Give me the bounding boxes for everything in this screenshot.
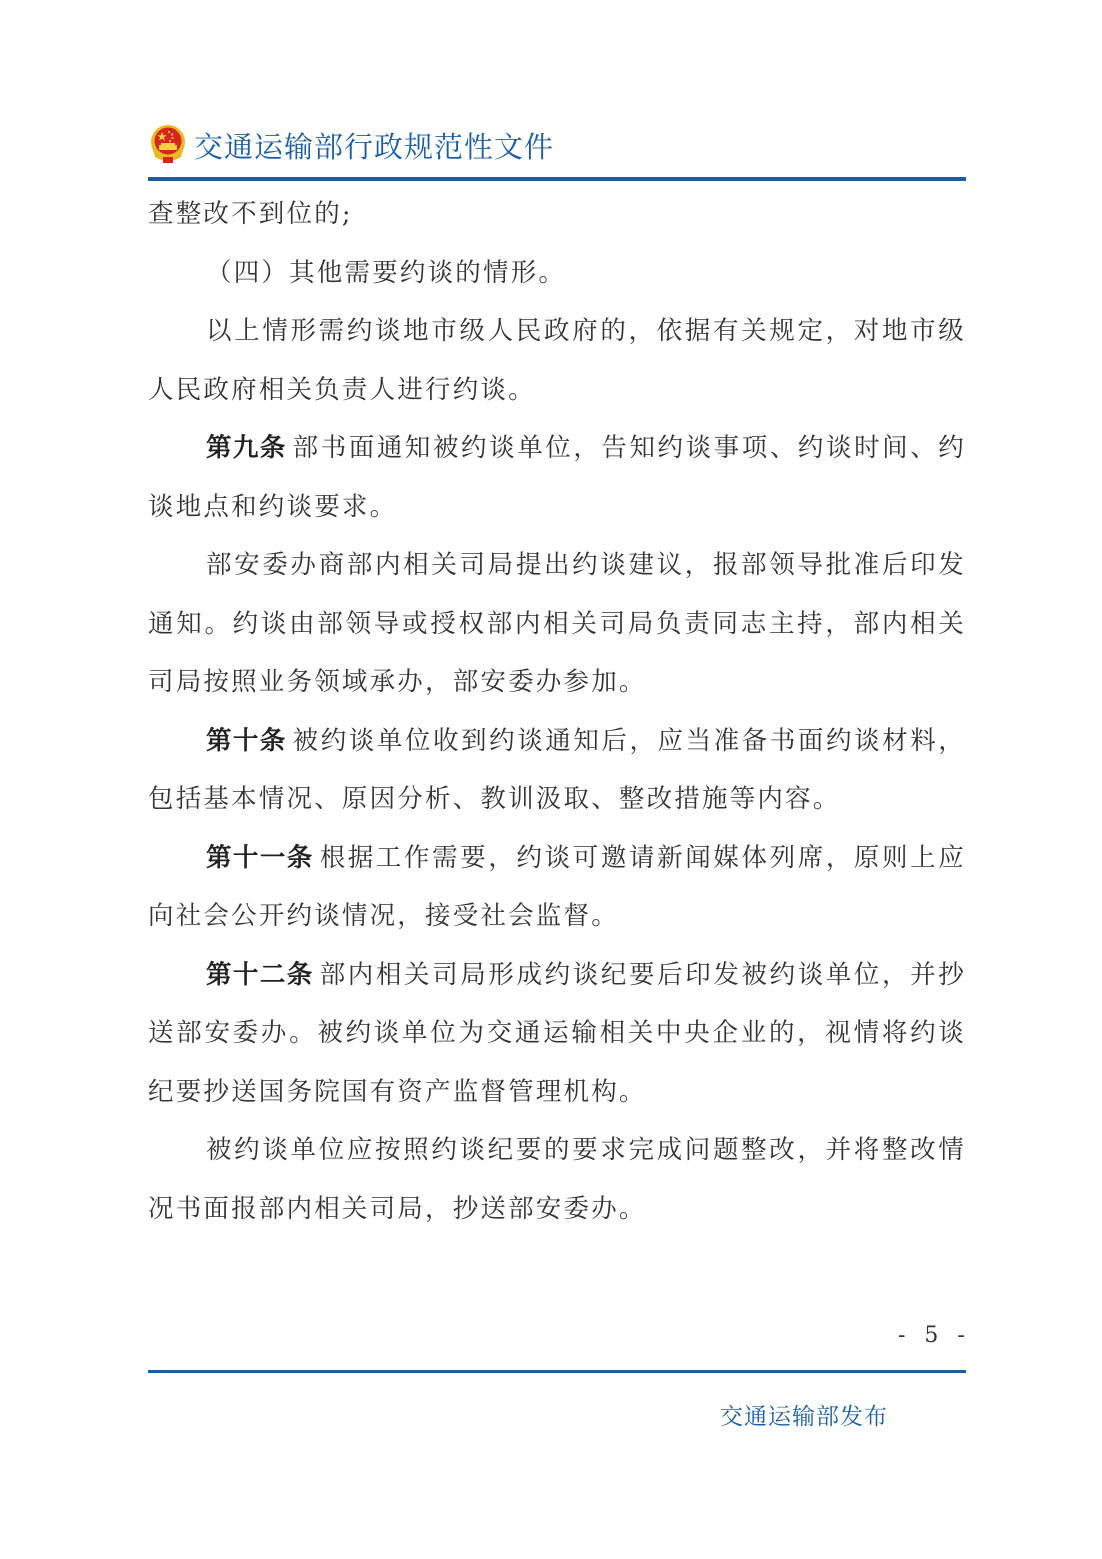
article-11: 第十一条根据工作需要，约谈可邀请新闻媒体列席，原则上应向社会公开约谈情况，接受社… xyxy=(148,829,966,946)
document-series-title: 交通运输部行政规范性文件 xyxy=(194,125,554,166)
article-number: 第十一条 xyxy=(206,843,314,873)
paragraph-text: 被约谈单位应按照约谈纪要的要求完成问题整改，并将整改情况书面报部内相关司局，抄送… xyxy=(148,1135,966,1224)
article-12-paragraph-2: 被约谈单位应按照约谈纪要的要求完成问题整改，并将整改情况书面报部内相关司局，抄送… xyxy=(148,1121,966,1238)
header-divider xyxy=(148,177,966,181)
paragraph-text: 部安委办商部内相关司局提出约谈建议，报部领导批准后印发通知。约谈由部领导或授权部… xyxy=(148,550,966,697)
paragraph-text: 查整改不到位的; xyxy=(148,199,353,229)
paragraph-item-4: （四）其他需要约谈的情形。 xyxy=(148,244,966,303)
publisher-label: 交通运输部发布 xyxy=(720,1398,888,1431)
document-header: 交通运输部行政规范性文件 xyxy=(148,118,554,172)
footer-divider xyxy=(148,1370,966,1373)
paragraph-note: 以上情形需约谈地市级人民政府的，依据有关规定，对地市级人民政府相关负责人进行约谈… xyxy=(148,302,966,419)
page-number: - 5 - xyxy=(898,1323,971,1348)
paragraph-text: 以上情形需约谈地市级人民政府的，依据有关规定，对地市级人民政府相关负责人进行约谈… xyxy=(148,316,966,405)
article-12: 第十二条部内相关司局形成约谈纪要后印发被约谈单位，并抄送部安委办。被约谈单位为交… xyxy=(148,946,966,1122)
article-number: 第九条 xyxy=(206,433,287,463)
national-emblem-icon xyxy=(148,123,188,167)
article-9-paragraph-2: 部安委办商部内相关司局提出约谈建议，报部领导批准后印发通知。约谈由部领导或授权部… xyxy=(148,536,966,712)
article-number: 第十二条 xyxy=(206,960,314,990)
article-10: 第十条被约谈单位收到约谈通知后，应当准备书面约谈材料，包括基本情况、原因分析、教… xyxy=(148,712,966,829)
document-body: 查整改不到位的; （四）其他需要约谈的情形。 以上情形需约谈地市级人民政府的，依… xyxy=(148,185,966,1238)
article-number: 第十条 xyxy=(206,726,287,756)
paragraph-text: （四）其他需要约谈的情形。 xyxy=(206,258,566,288)
article-9: 第九条部书面通知被约谈单位，告知约谈事项、约谈时间、约谈地点和约谈要求。 xyxy=(148,419,966,536)
paragraph-continuation: 查整改不到位的; xyxy=(148,185,966,244)
